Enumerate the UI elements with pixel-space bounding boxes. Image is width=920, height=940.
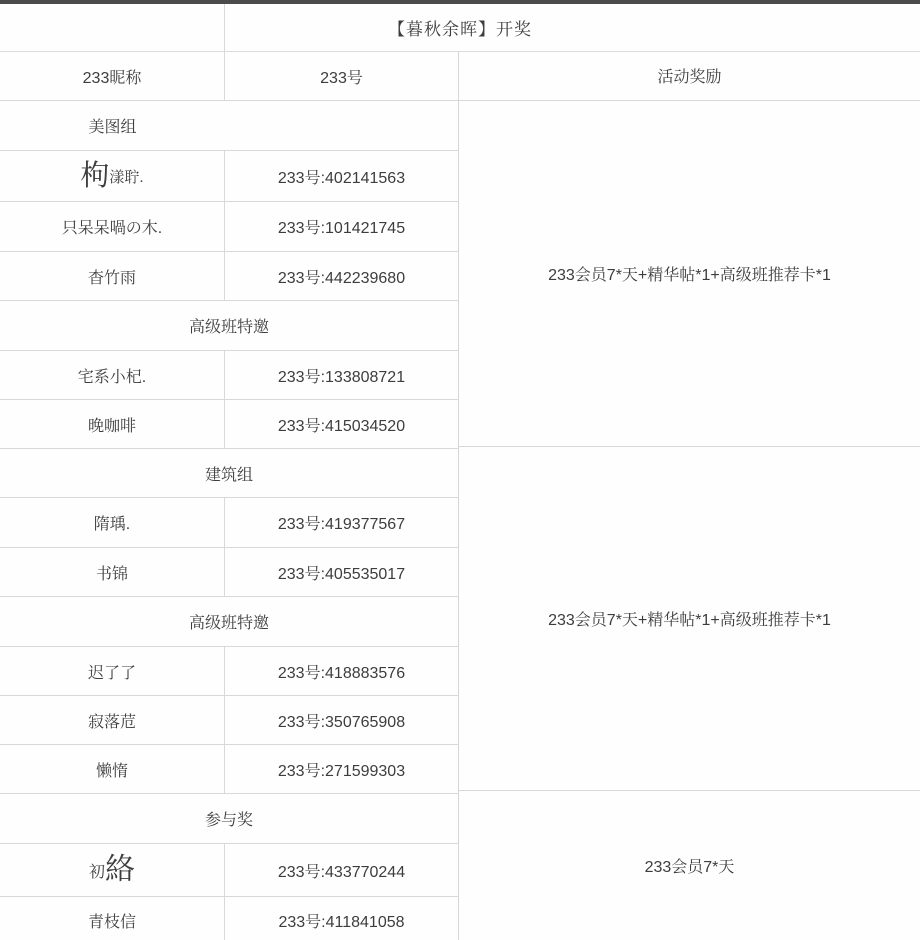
nickname-cell: 懒惰 xyxy=(0,745,225,793)
header-nickname: 233昵称 xyxy=(0,52,225,100)
nickname-big-part: 枸 xyxy=(80,162,109,191)
page-title: 【暮秋余晖】开奖 xyxy=(0,4,920,51)
table-row: 晚咖啡 233号:415034520 xyxy=(0,400,458,449)
table-row: 懒惰 233号:271599303 xyxy=(0,745,458,794)
table-row: 初絡 233号:433770244 xyxy=(0,844,458,897)
table-row: 只呆呆喎の木. 233号:101421745 xyxy=(0,202,458,252)
group-label: 美图组 xyxy=(0,114,225,137)
header-reward: 活动奖励 xyxy=(459,52,920,101)
table-row: 青枝信 233号:411841058 xyxy=(0,897,458,940)
number-cell: 233号:350765908 xyxy=(225,696,458,744)
nickname-cell: 杳竹雨 xyxy=(0,252,225,300)
number-cell: 233号:271599303 xyxy=(225,745,458,793)
number-cell: 233号:419377567 xyxy=(225,498,458,547)
prize-table: 【暮秋余晖】开奖 233昵称 233号 美图组 枸漾聍. 233号:402141 xyxy=(0,0,920,940)
number-cell: 233号:415034520 xyxy=(225,400,458,448)
nickname-cell: 隋瑀. xyxy=(0,498,225,547)
number-cell: 233号:418883576 xyxy=(225,647,458,695)
header-number: 233号 xyxy=(225,52,458,100)
group-label: 高级班特邀 xyxy=(0,610,458,633)
table-row: 杳竹雨 233号:442239680 xyxy=(0,252,458,301)
reward-column: 活动奖励 233会员7*天+精华帖*1+高级班推荐卡*1 233会员7*天+精华… xyxy=(458,52,920,940)
title-row: 【暮秋余晖】开奖 xyxy=(0,4,920,52)
number-cell: 233号:405535017 xyxy=(225,548,458,596)
table-row: 书锦 233号:405535017 xyxy=(0,548,458,597)
table-row: 隋瑀. 233号:419377567 xyxy=(0,498,458,548)
reward-cell-tier2: 233会员7*天+精华帖*1+高级班推荐卡*1 xyxy=(459,447,920,790)
table-row: 迟了了 233号:418883576 xyxy=(0,647,458,696)
nickname-cell: 初絡 xyxy=(0,844,225,896)
table-row: 枸漾聍. 233号:402141563 xyxy=(0,151,458,202)
nickname-cell: 只呆呆喎の木. xyxy=(0,202,225,251)
group-header-participation: 参与奖 xyxy=(0,794,458,844)
nickname-small-part: 初 xyxy=(89,859,105,882)
nickname-cell: 寂落苊 xyxy=(0,696,225,744)
reward-cell-tier1: 233会员7*天+精华帖*1+高级班推荐卡*1 xyxy=(459,101,920,447)
header-row: 233昵称 233号 xyxy=(0,52,458,101)
nickname-cell: 宅系小杞. xyxy=(0,351,225,399)
group-label: 参与奖 xyxy=(0,807,458,830)
number-cell: 233号:442239680 xyxy=(225,252,458,300)
number-cell: 233号:411841058 xyxy=(225,897,458,940)
reward-cell-tier3: 233会员7*天 xyxy=(459,791,920,940)
number-cell: 233号:402141563 xyxy=(225,151,458,201)
number-cell: 233号:101421745 xyxy=(225,202,458,251)
nickname-cell: 书锦 xyxy=(0,548,225,596)
nickname-big-part: 絡 xyxy=(105,855,135,885)
table-row: 宅系小杞. 233号:133808721 xyxy=(0,351,458,400)
nickname-cell: 迟了了 xyxy=(0,647,225,695)
group-header-advanced-1: 高级班特邀 xyxy=(0,301,458,351)
nickname-cell: 晚咖啡 xyxy=(0,400,225,448)
nickname-cell: 枸漾聍. xyxy=(0,151,225,201)
group-header-meitu: 美图组 xyxy=(0,101,458,151)
number-cell: 233号:133808721 xyxy=(225,351,458,399)
group-label: 建筑组 xyxy=(0,462,458,485)
group-header-advanced-2: 高级班特邀 xyxy=(0,597,458,647)
nickname-cell: 青枝信 xyxy=(0,897,225,940)
group-header-jianzhu: 建筑组 xyxy=(0,449,458,498)
table-row: 寂落苊 233号:350765908 xyxy=(0,696,458,745)
left-columns: 233昵称 233号 美图组 枸漾聍. 233号:402141563 只呆呆喎の… xyxy=(0,52,458,940)
nickname-small-part: 漾聍. xyxy=(109,166,143,187)
number-cell: 233号:433770244 xyxy=(225,844,458,896)
group-label: 高级班特邀 xyxy=(0,314,458,337)
